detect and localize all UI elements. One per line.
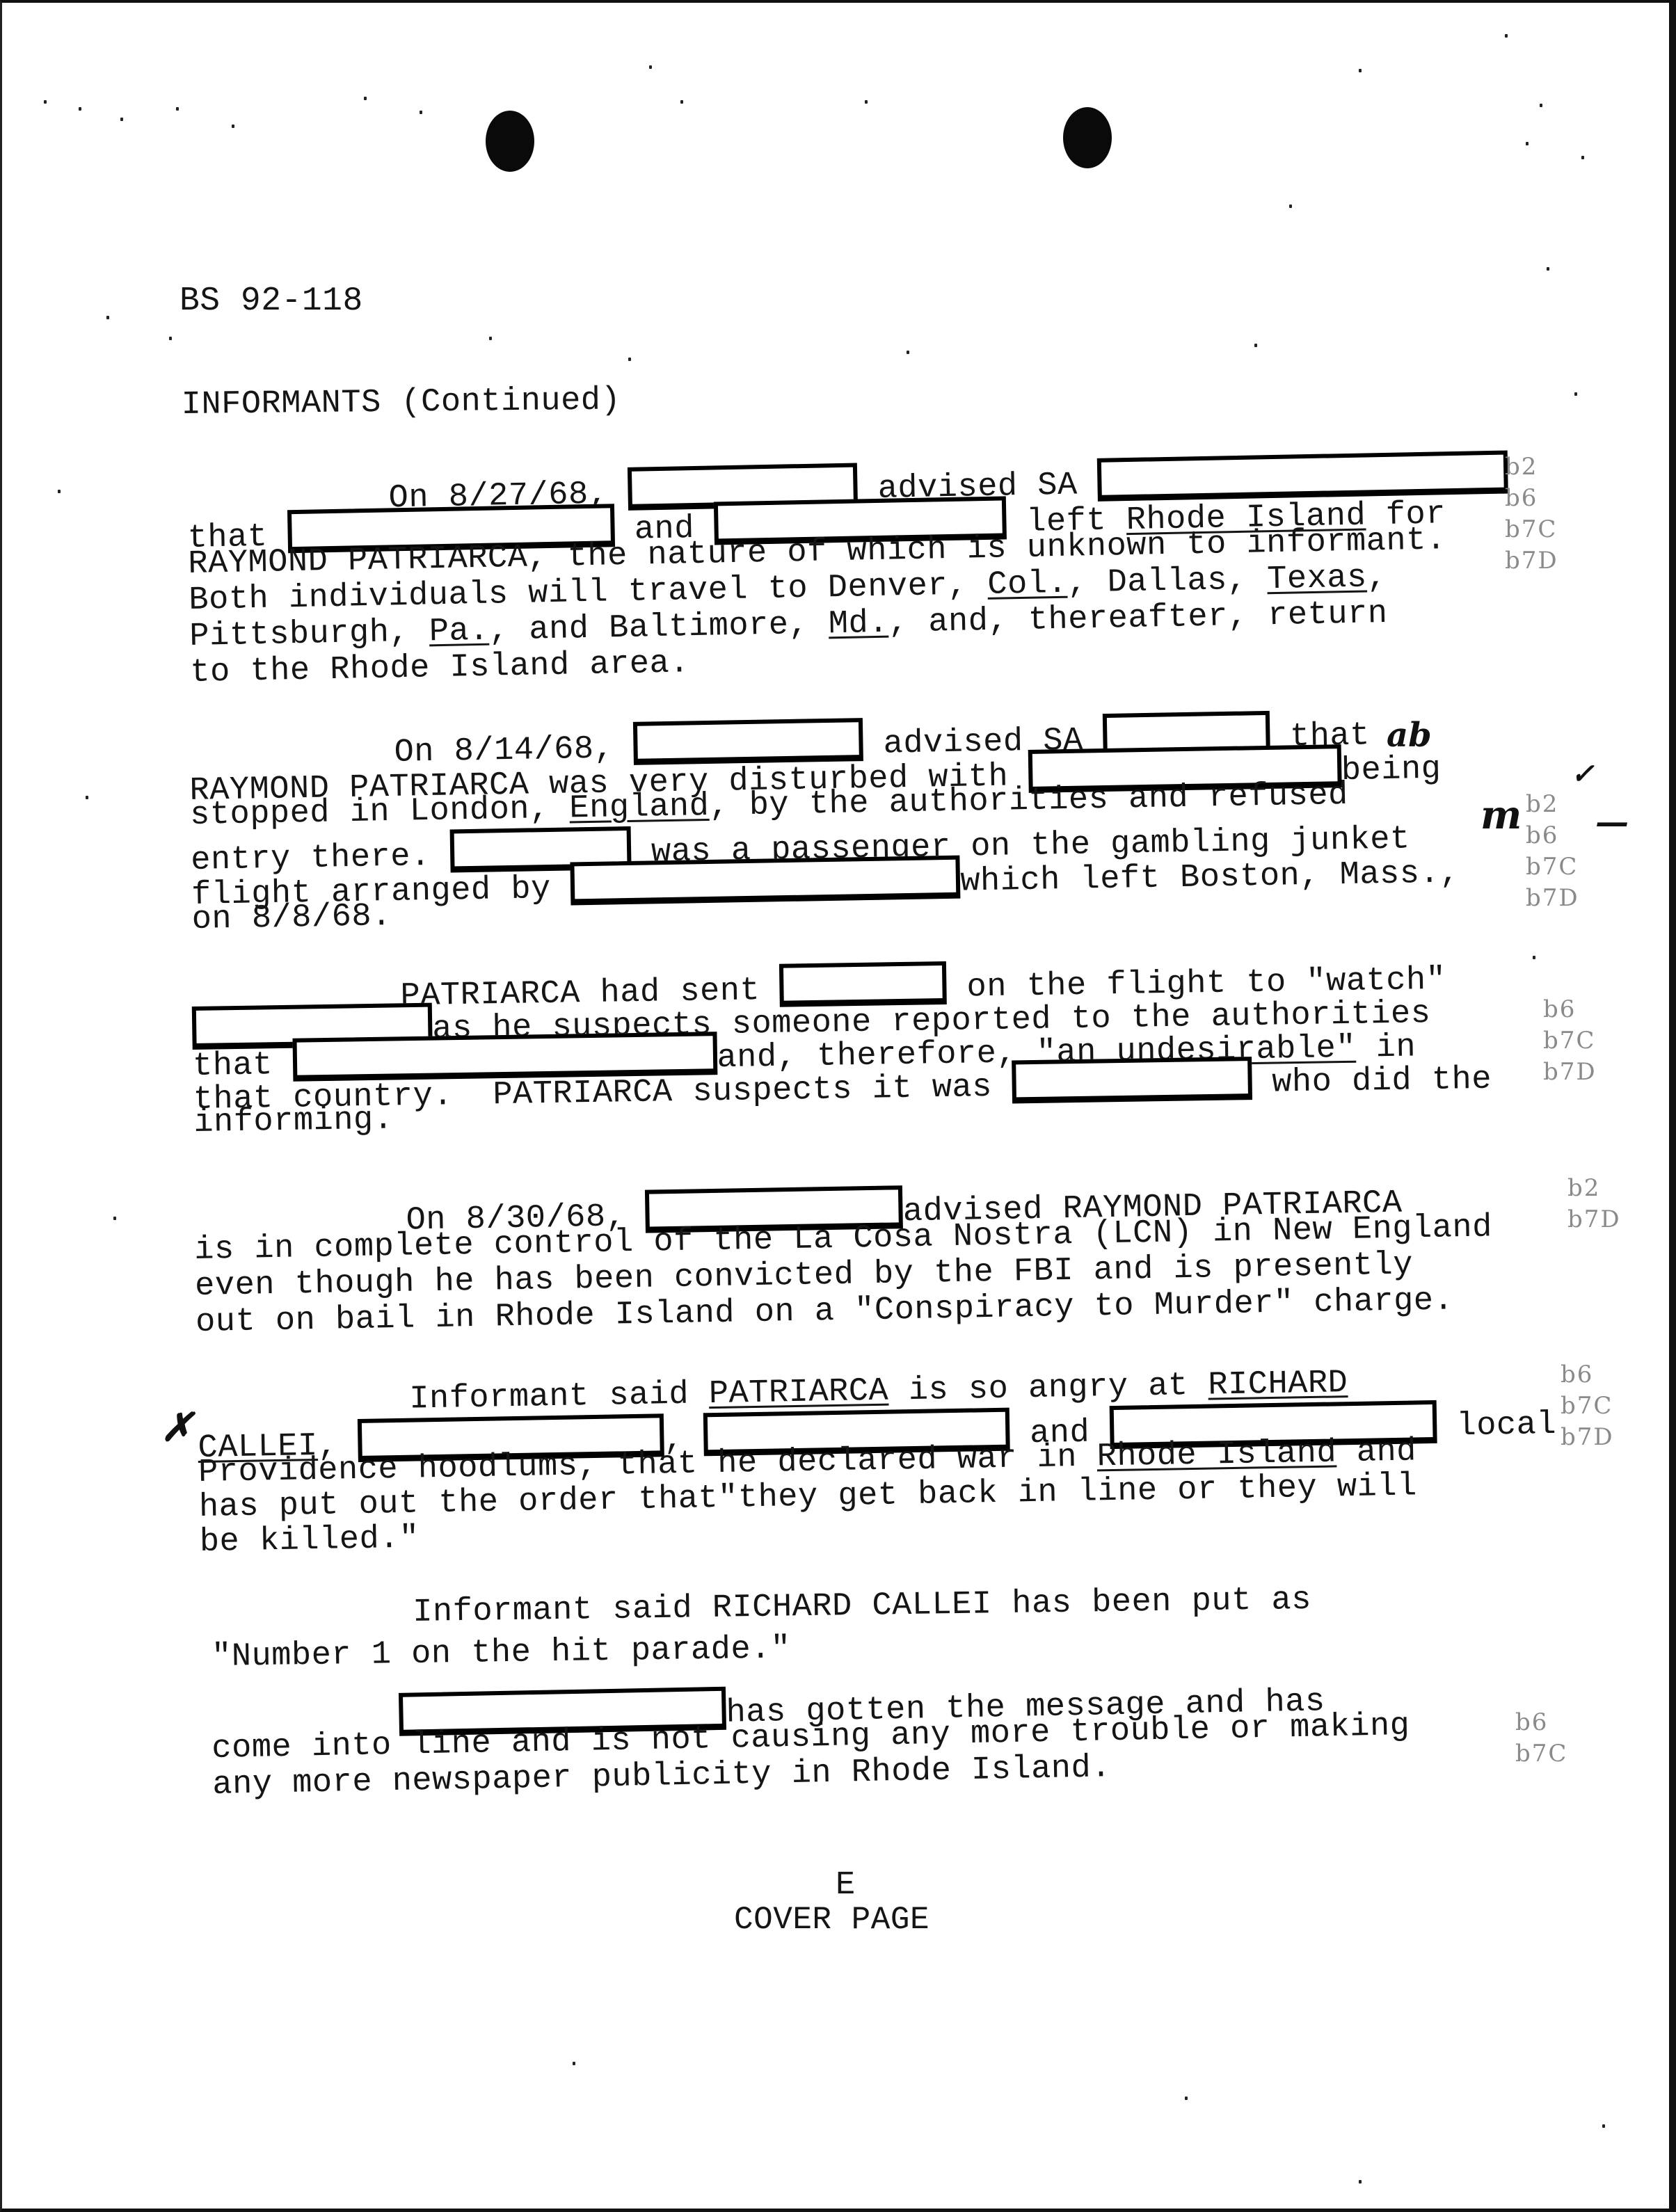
scan-speck [1526, 142, 1529, 145]
scan-speck [86, 796, 88, 799]
exemption-code: b7C [1561, 1390, 1614, 1422]
text-line: "Number 1 on the hit parade." [212, 1633, 791, 1674]
scan-speck [573, 2062, 575, 2065]
scan-speck [79, 107, 81, 111]
exemption-code-list: b2b6b7Cb7D [1526, 789, 1579, 914]
exemption-code: b7C [1526, 851, 1579, 883]
exemption-code: b7D [1567, 1204, 1621, 1235]
handwritten-annotation-m: m [1481, 792, 1522, 838]
footer-label: COVER PAGE [734, 1904, 929, 1936]
scan-speck [1185, 2097, 1188, 2100]
punch-hole-right [1063, 107, 1112, 168]
scan-speck [680, 100, 683, 104]
scan-speck [1533, 956, 1535, 959]
text-line: to the Rhode Island area. [190, 647, 689, 689]
scan-speck [907, 351, 909, 354]
underlined-text: Md. [828, 605, 888, 643]
scan-speck [106, 316, 109, 319]
underlined-text: Texas [1267, 559, 1368, 598]
exemption-code: b6 [1561, 1359, 1614, 1390]
scan-speck [364, 97, 367, 100]
exemption-code: b6 [1526, 820, 1579, 851]
text-line: Informant said RICHARD CALLEI has been p… [413, 1584, 1311, 1629]
section-heading: INFORMANTS (Continued) [182, 384, 621, 422]
scan-speck [865, 100, 868, 104]
exemption-code: b7D [1505, 545, 1558, 577]
exemption-code: b2 [1567, 1173, 1621, 1204]
scan-speck [628, 358, 631, 361]
text-line: be killed." [199, 1522, 420, 1559]
scan-speck [1505, 34, 1508, 38]
underlined-text: RICHARD [1208, 1365, 1348, 1404]
scan-speck [120, 118, 123, 121]
exemption-code: b7D [1543, 1057, 1597, 1088]
exemption-code-list: b2b7D [1567, 1173, 1621, 1235]
underlined-text: PATRIARCA [708, 1373, 888, 1413]
handwritten-checkmark: ✓ [1571, 758, 1595, 790]
scan-speck [1581, 156, 1584, 159]
scan-speck [169, 337, 172, 340]
scan-speck [44, 100, 47, 104]
exemption-code: b6 [1515, 1707, 1567, 1738]
exemption-code-list: b6b7Cb7D [1561, 1359, 1614, 1453]
exemption-code-list: b6b7Cb7D [1543, 994, 1597, 1088]
underlined-text: England [569, 788, 710, 827]
underlined-text: Pa. [429, 613, 489, 651]
exemption-code: b7C [1505, 514, 1558, 545]
scan-speck [1359, 2180, 1362, 2183]
footer-letter: E [836, 1869, 856, 1902]
scan-speck [1289, 205, 1292, 208]
handwritten-arrow-mark: ✗ [161, 1404, 193, 1450]
exemption-code: b7D [1526, 883, 1579, 914]
scan-speck [1254, 344, 1257, 347]
exemption-code-list: b6b7C [1515, 1707, 1567, 1770]
document-page: BS 92-118 INFORMANTS (Continued) On 8/27… [0, 0, 1676, 2212]
scan-speck [420, 111, 422, 114]
handwritten-annotation-ab: ab [1387, 716, 1432, 755]
underlined-text: Col. [987, 566, 1068, 604]
redaction-box [570, 856, 961, 906]
exemption-code: b7D [1561, 1422, 1614, 1453]
scan-speck [232, 125, 234, 128]
redaction-box [1012, 1057, 1252, 1103]
exemption-code: b2 [1505, 451, 1558, 483]
exemption-code: b2 [1526, 789, 1579, 820]
handwritten-dash: — [1595, 803, 1629, 842]
scan-speck [1602, 2124, 1605, 2128]
scan-speck [113, 1217, 116, 1220]
exemption-code: b6 [1543, 994, 1597, 1025]
exemption-code: b7C [1543, 1025, 1597, 1057]
text-line: informing. [193, 1103, 394, 1139]
exemption-code: b6 [1505, 483, 1558, 514]
file-number: BS 92-118 [179, 284, 363, 318]
text-line: on 8/8/68. [191, 900, 392, 936]
scan-speck [176, 107, 179, 111]
scan-speck [1359, 69, 1362, 72]
punch-hole-left [486, 111, 534, 172]
exemption-code: b7C [1515, 1738, 1567, 1770]
scan-speck [649, 65, 652, 69]
scan-speck [489, 337, 492, 340]
scan-speck [1547, 267, 1549, 271]
exemption-code-list: b2b6b7Cb7D [1505, 451, 1558, 577]
scan-speck [58, 490, 61, 493]
scan-speck [1540, 104, 1542, 107]
scan-speck [1574, 392, 1577, 396]
